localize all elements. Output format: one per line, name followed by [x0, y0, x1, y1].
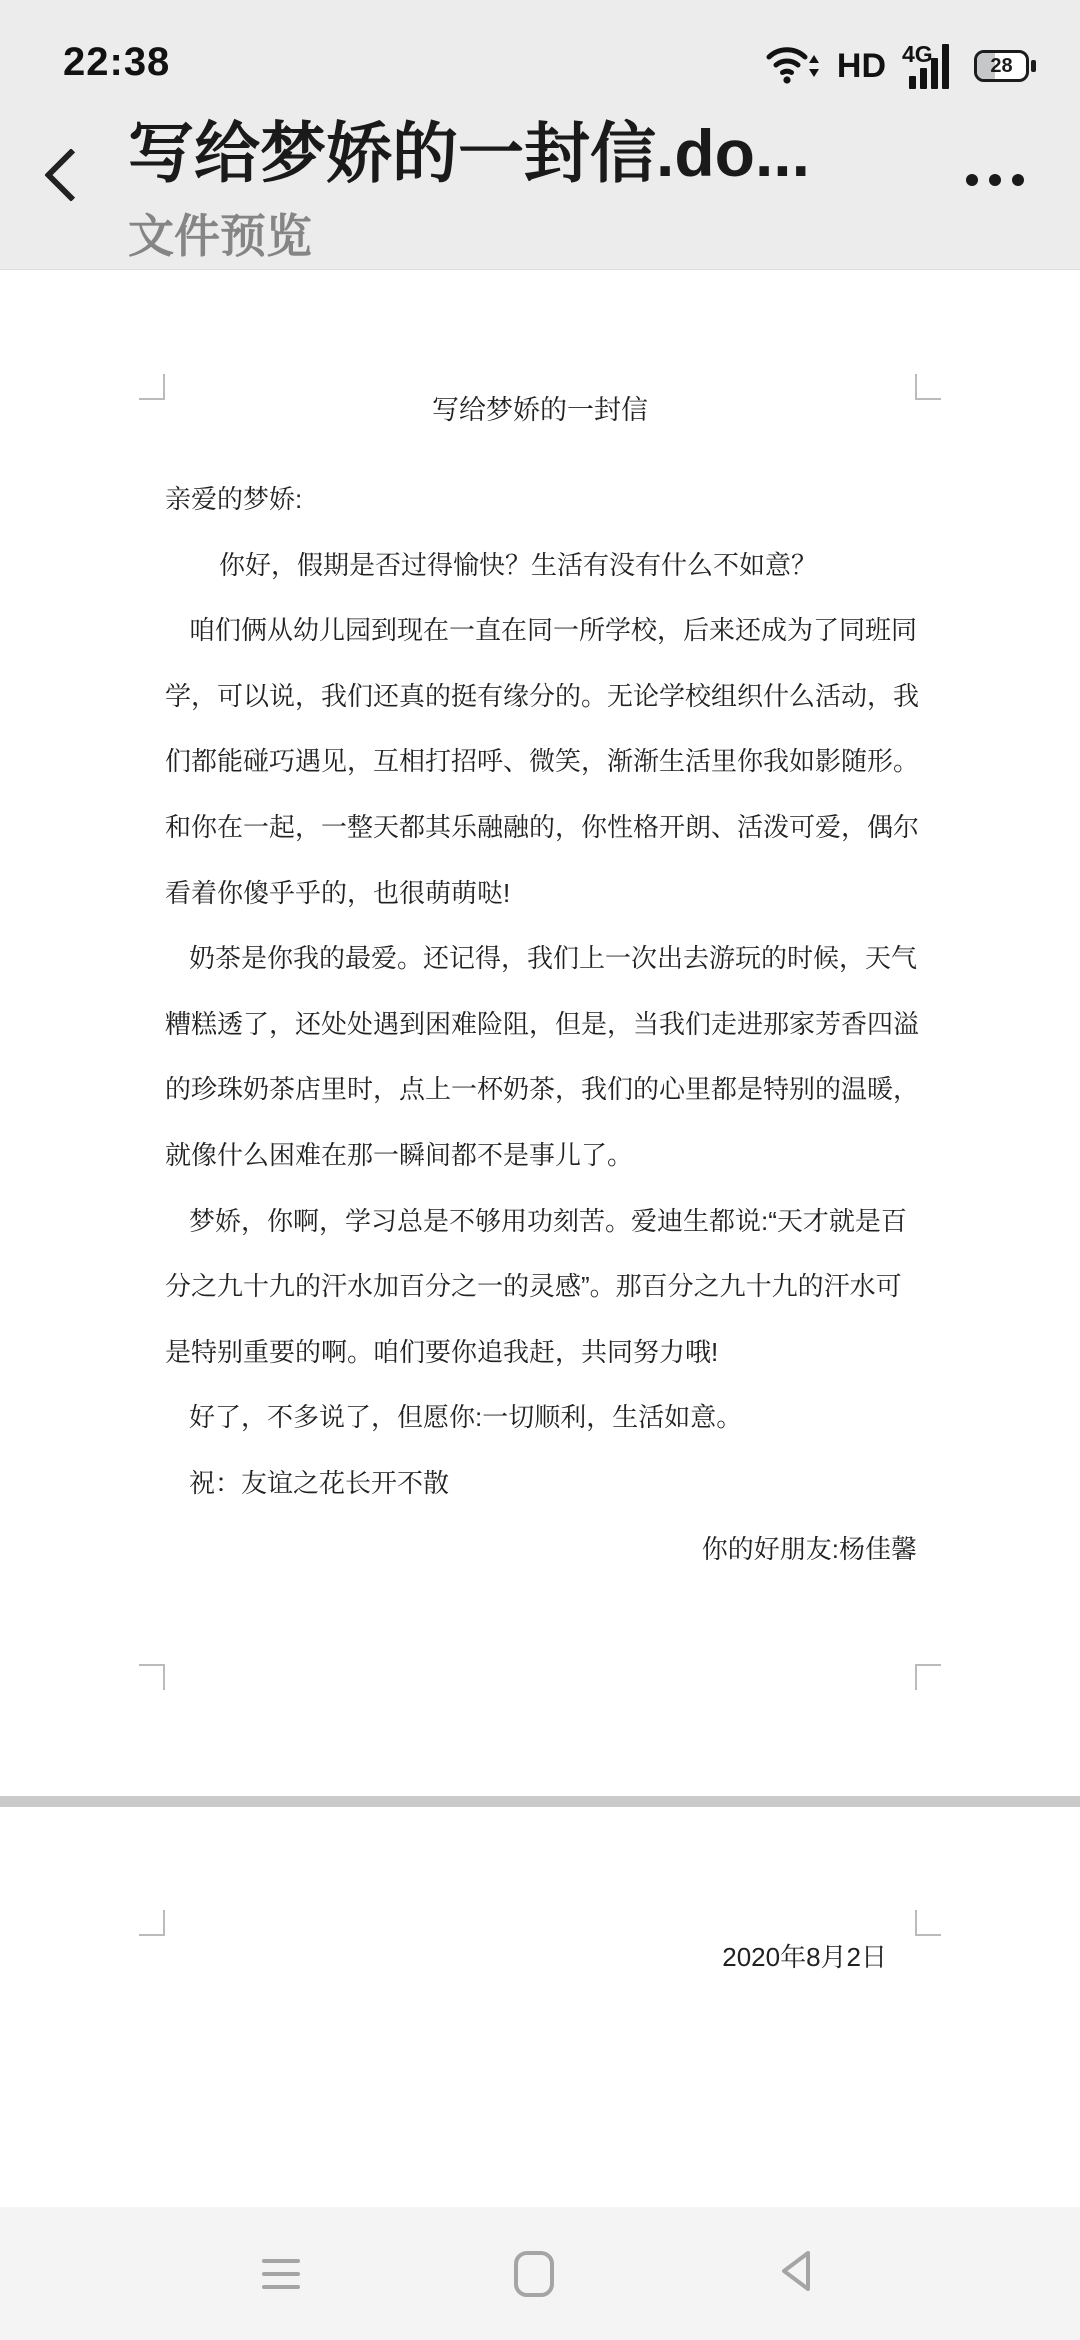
corner-mark — [915, 1664, 941, 1690]
hd-label: HD — [837, 47, 886, 86]
signal-4g-icon: 4G — [902, 43, 958, 89]
document-line: 你好，假期是否过得愉快？生活有没有什么不如意？ — [165, 533, 917, 599]
corner-mark — [915, 374, 941, 400]
document-line: 好了，不多说了，但愿你:一切顺利，生活如意。 — [165, 1385, 917, 1451]
corner-mark — [139, 374, 165, 400]
recent-apps-icon — [262, 2259, 300, 2289]
document-line: 梦娇，你啊，学习总是不够用功刻苦。爱迪生都说:“天才就是百 — [165, 1189, 917, 1255]
document-line: 就像什么困难在那一瞬间都不是事儿了。 — [165, 1123, 917, 1189]
corner-mark — [139, 1910, 165, 1936]
home-icon — [514, 2251, 554, 2297]
document-line: 你的好朋友:杨佳馨 — [165, 1517, 917, 1583]
android-nav-bar — [0, 2207, 1080, 2340]
back-icon — [778, 2248, 812, 2299]
letter-title: 写给梦娇的一封信 — [165, 377, 915, 443]
letter-body: 亲爱的梦娇:你好，假期是否过得愉快？生活有没有什么不如意？咱们俩从幼儿园到现在一… — [165, 467, 917, 1582]
more-menu-button[interactable] — [945, 150, 1045, 210]
more-dots-icon — [966, 174, 978, 186]
wifi-icon — [765, 41, 821, 92]
document-line: 学，可以说，我们还真的挺有缘分的。无论学校组织什么活动，我 — [165, 664, 917, 730]
back-button[interactable] — [40, 138, 110, 218]
page-title: 写给梦娇的一封信.do... — [128, 100, 928, 190]
corner-mark — [139, 1664, 165, 1690]
status-time: 22:38 — [63, 40, 170, 85]
document-line: 是特别重要的啊。咱们要你追我赶，共同努力哦! — [165, 1320, 917, 1386]
battery-icon: 28 — [974, 50, 1038, 82]
document-page-1[interactable]: 写给梦娇的一封信 亲爱的梦娇:你好，假期是否过得愉快？生活有没有什么不如意？咱们… — [0, 270, 1080, 1796]
document-line: 糟糕透了，还处处遇到困难险阻，但是，当我们走进那家芳香四溢 — [165, 992, 917, 1058]
document-line: 的珍珠奶茶店里时，点上一杯奶茶，我们的心里都是特别的温暖， — [165, 1057, 917, 1123]
status-icons: HD 4G 28 — [765, 44, 1038, 88]
letter-date: 2020年8月2日 — [722, 1924, 887, 1990]
document-line: 看着你傻乎乎的，也很萌萌哒! — [165, 861, 917, 927]
page-separator — [0, 1796, 1080, 1807]
nav-back-button[interactable] — [715, 2207, 875, 2340]
battery-percent: 28 — [974, 50, 1029, 82]
file-preview-screen: 22:38 HD 4G 28 — [0, 0, 1080, 2340]
app-header: 22:38 HD 4G 28 — [0, 0, 1080, 270]
document-line: 奶茶是你我的最爱。还记得，我们上一次出去游玩的时候，天气 — [165, 926, 917, 992]
document-line: 分之九十九的汗水加百分之一的灵感”。那百分之九十九的汗水可 — [165, 1254, 917, 1320]
corner-mark — [915, 1910, 941, 1936]
document-line: 们都能碰巧遇见，互相打招呼、微笑，渐渐生活里你我如影随形。 — [165, 729, 917, 795]
document-line: 和你在一起，一整天都其乐融融的，你性格开朗、活泼可爱，偶尔 — [165, 795, 917, 861]
nav-recent-apps-button[interactable] — [201, 2207, 361, 2340]
document-line: 祝：友谊之花长开不散 — [165, 1451, 917, 1517]
document-page-2[interactable]: 2020年8月2日 — [0, 1807, 1080, 2207]
document-line: 亲爱的梦娇: — [165, 467, 917, 533]
nav-home-button[interactable] — [454, 2207, 614, 2340]
document-line: 咱们俩从幼儿园到现在一直在同一所学校，后来还成为了同班同 — [165, 598, 917, 664]
page-subtitle: 文件预览 — [128, 200, 312, 266]
